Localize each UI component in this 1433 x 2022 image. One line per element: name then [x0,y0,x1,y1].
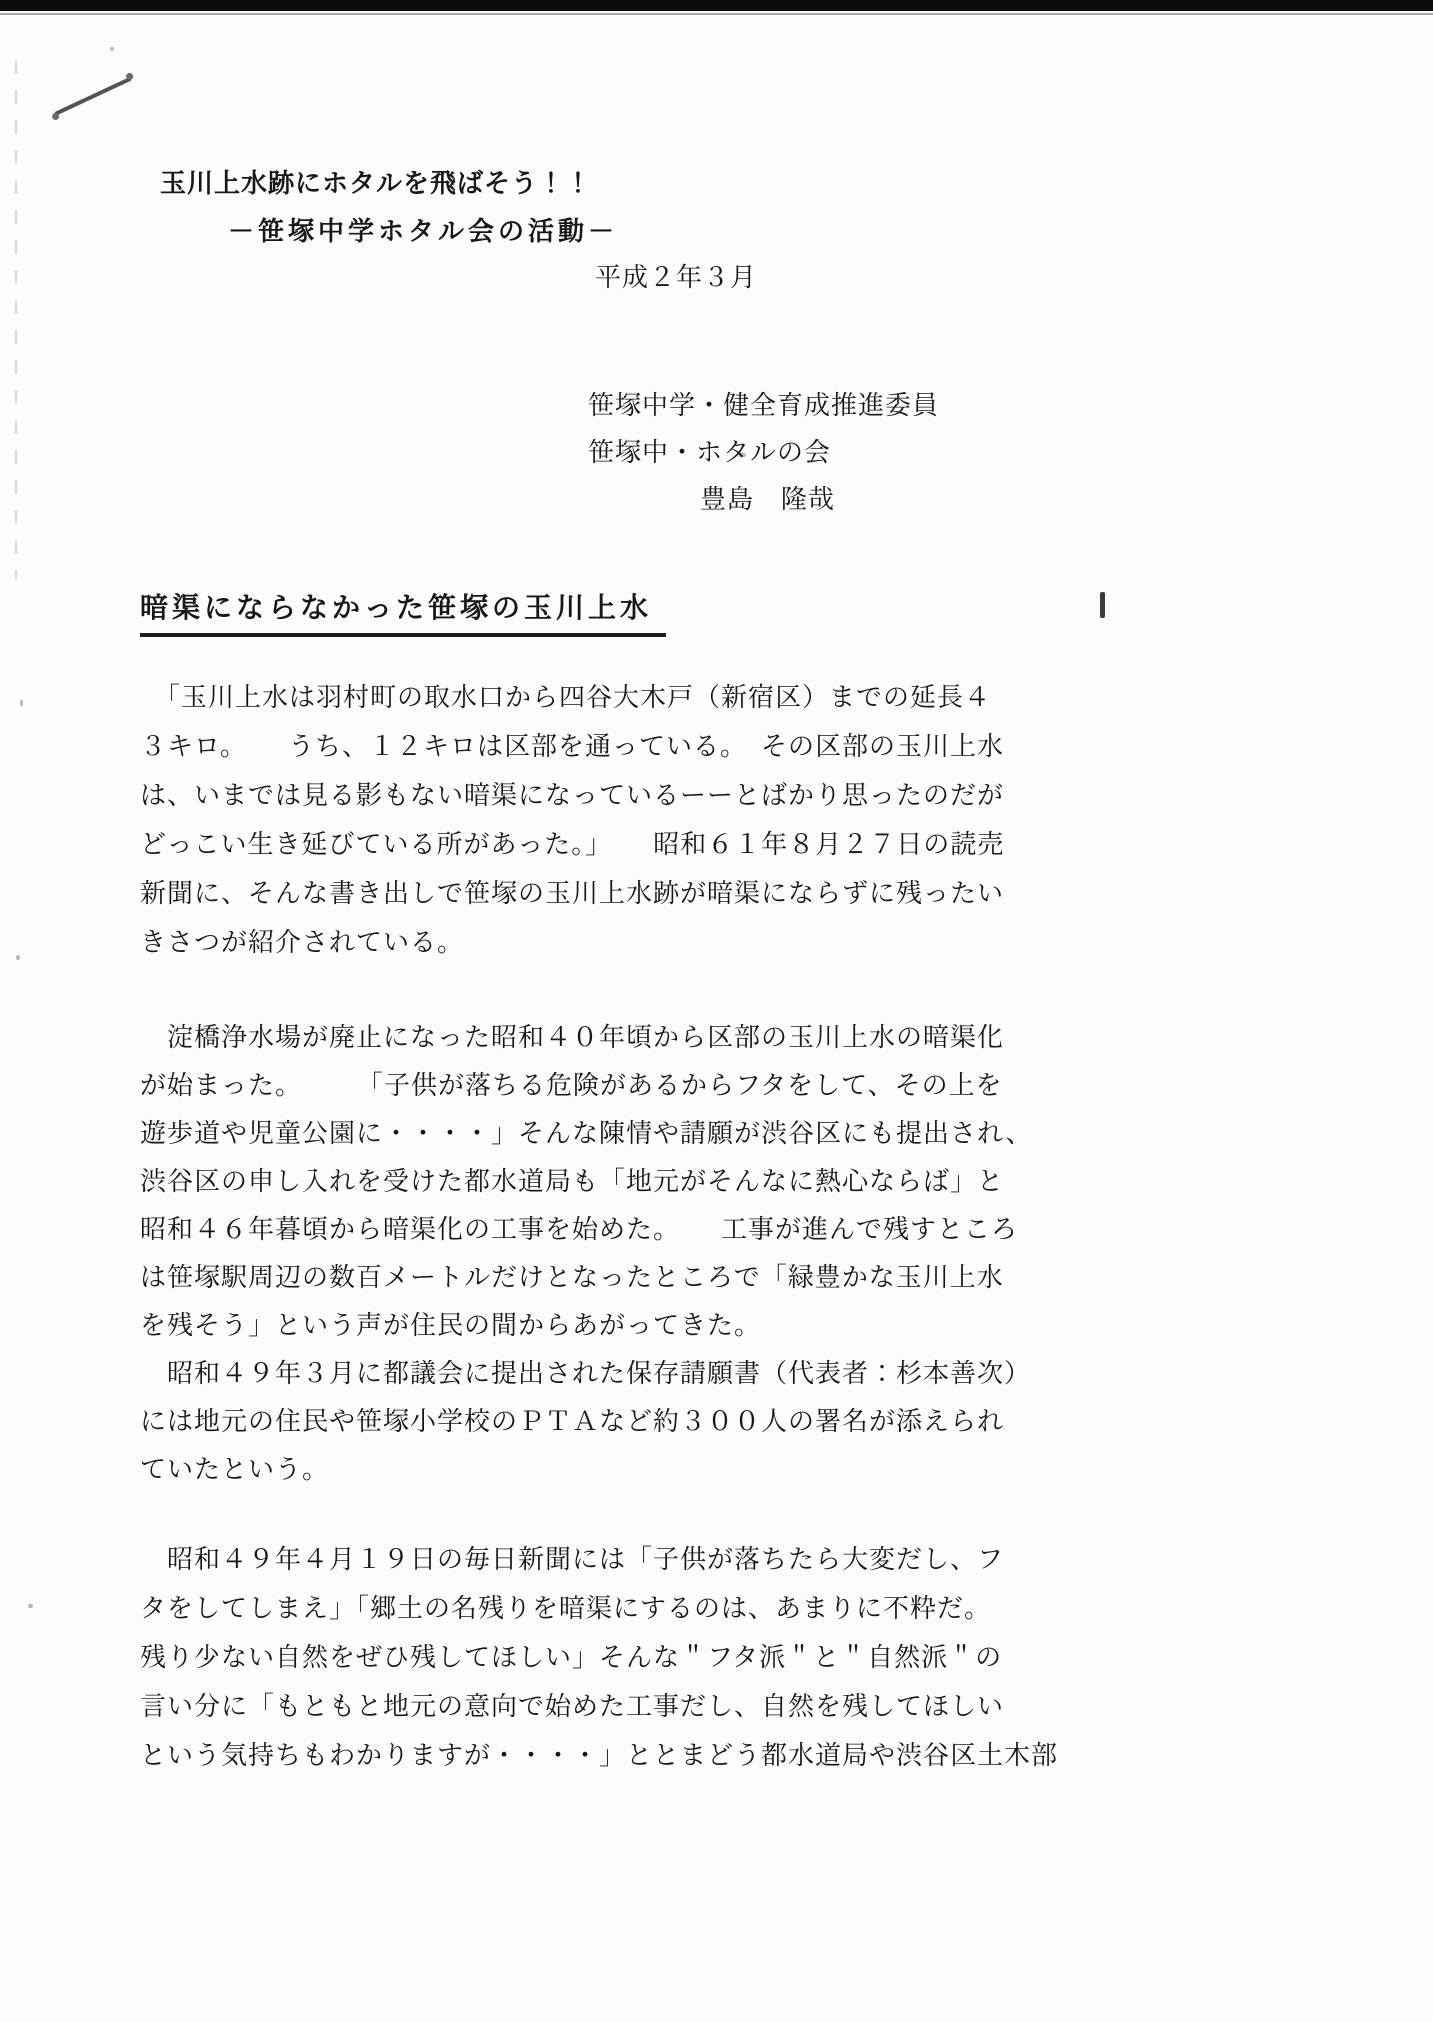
doc-subtitle: －笹塚中学ホタル会の活動－ [228,216,618,247]
scan-speck [16,955,20,960]
paragraph2-line: を残そう」という声が住民の間からあがってきた。 [140,1310,761,1341]
paragraph2-line: 渋谷区の申し入れを受けた都水道局も「地元がそんなに熱心ならば」と [140,1166,1004,1197]
scan-edge-left [15,60,17,580]
byline-author: 豊島 隆哉 [700,484,835,515]
byline-organization: 笹塚中学・健全育成推進委員 [588,390,939,421]
paragraph2-line: 昭和４６年暮頃から暗渠化の工事を始めた。 工事が進んで残すところ [140,1214,1018,1245]
paragraph3-line: 残り少ない自然をぜひ残してほしい」そんな＂フタ派＂と＂自然派＂の [140,1642,1002,1673]
doc-title: 玉川上水跡にホタルを飛ばそう！！ [160,168,592,199]
paragraph2-line: 昭和４９年３月に都議会に提出された保存請願書（代表者：杉本善次） [140,1358,1031,1389]
byline-group: 笹塚中・ホタルの会 [588,437,831,468]
staple-end [125,72,134,81]
paragraph3-line: 昭和４９年４月１９日の毎日新聞には「子供が落ちたら大変だし、フ [140,1544,1004,1575]
scan-edge-top [0,0,1433,11]
paragraph2-line: には地元の住民や笹塚小学校のＰＴＡなど約３００人の署名が添えられ [140,1406,1004,1437]
paragraph1-line: どっこい生き延びている所があった。」 昭和６１年８月２７日の読売 [140,829,1004,860]
scan-speck [28,1604,33,1608]
paragraph2-line: ていたという。 [140,1454,329,1485]
scan-artifact-right [1100,592,1105,618]
scan-edge-top-line [0,13,1433,15]
paragraph2-line: が始まった。 「子供が落ちる危険があるからフタをして、その上を [140,1070,1003,1101]
staple-mark [54,77,132,116]
paragraph3-line: タをしてしまえ」「郷土の名残りを暗渠にするのは、あまりに不粋だ。 [140,1593,991,1624]
scanned-document-page: 玉川上水跡にホタルを飛ばそう！！ －笹塚中学ホタル会の活動－ 平成２年３月 笹塚… [0,0,1433,2022]
paragraph3-line: 言い分に「もともと地元の意向で始めた工事だし、自然を残してほしい [140,1691,1004,1722]
doc-date: 平成２年３月 [595,262,757,293]
paragraph2-line: 遊歩道や児童公園に・・・・」そんな陳情や請願が渋谷区にも提出され、 [140,1118,1033,1149]
staple-end [51,112,60,121]
scan-speck [110,47,114,51]
paragraph1-line: ３キロ。 うち、１２キロは区部を通っている。 その区部の玉川上水 [140,731,1004,762]
paragraph2-line: 淀橋浄水場が廃止になった昭和４０年頃から区部の玉川上水の暗渠化 [140,1022,1004,1053]
paragraph2-line: は笹塚駅周辺の数百メートルだけとなったところで「緑豊かな玉川上水 [140,1262,1004,1293]
paragraph3-line: という気持ちもわかりますが・・・・」ととまどう都水道局や渋谷区土木部 [140,1740,1058,1771]
paragraph1-line: きさつが紹介されている。 [140,927,464,958]
paragraph1-line: 新聞に、そんな書き出しで笹塚の玉川上水跡が暗渠にならずに残ったい [140,878,1004,909]
scan-speck [20,700,23,706]
paragraph1-line: は、いまでは見る影もない暗渠になっているーーとばかり思ったのだが [140,780,1004,811]
paragraph1-line: 「玉川上水は羽村町の取水口から四谷大木戸（新宿区）までの延長４ [140,682,991,713]
section-heading: 暗渠にならなかった笹塚の玉川上水 [140,592,666,637]
